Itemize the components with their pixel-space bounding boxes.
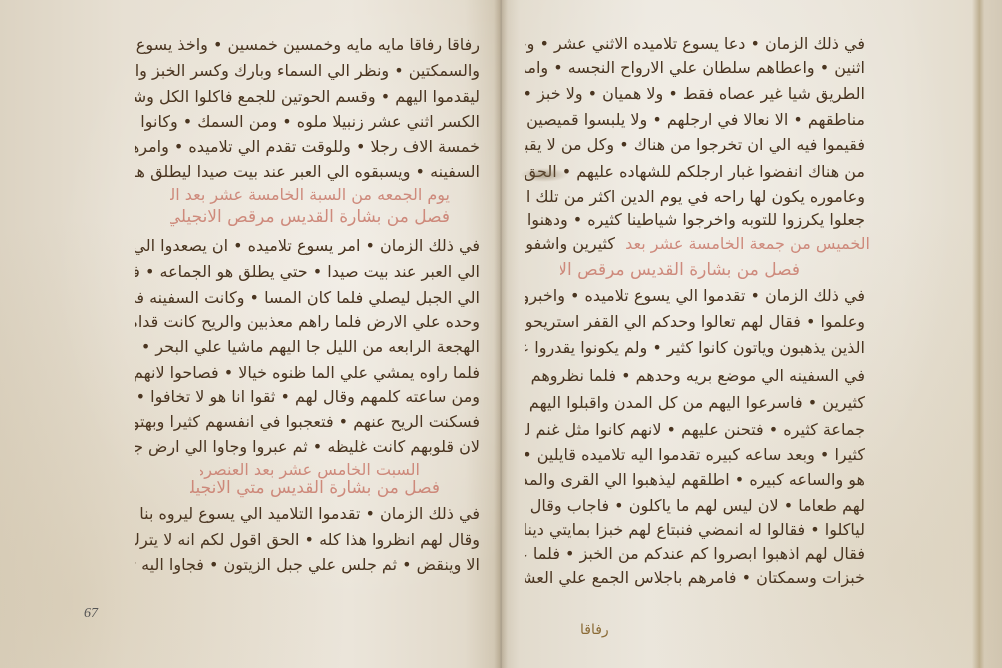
right-text-line-8: جعلوا يكرزوا للتوبه واخرجوا شياطينا كثير… <box>525 210 865 232</box>
right-text-line-5: فقيموا فيه الي ان تخرجوا من هناك • وكل م… <box>525 135 865 157</box>
left-text-line-16: في ذلك الزمان • تقدموا التلاميد الي يسوع… <box>135 504 480 526</box>
left-text-line-7: في ذلك الزمان • امر يسوع تلاميده • ان يص… <box>135 236 480 258</box>
right-text-line-4: مناطقهم • الا نعالا في ارجلهم • ولا يلبس… <box>525 110 865 132</box>
left-rubric-2-title: فصل من بشارة القديس متي الانجيلي <box>190 478 440 500</box>
left-text-line-3: ليقدموا اليهم • وقسم الحوتين للجمع فاكلو… <box>135 87 480 109</box>
left-rubric-1-title: فصل من بشارة القديس مرقص الانجيلي <box>170 207 450 229</box>
left-text-line-10: وحده علي الارض فلما راهم معذبين والريح ك… <box>135 312 480 334</box>
right-text-line-19: لياكلوا • فقالوا له انمضي فنبتاع لهم خبز… <box>525 520 865 542</box>
left-text-line-4: الكسر اثني عشر زنبيلا ملوه • ومن السمك •… <box>135 112 480 134</box>
right-text-line-7: وعاموره يكون لها راحه في يوم الدين اكثر … <box>525 187 865 209</box>
ink-stain <box>520 168 568 182</box>
manuscript-spread: رفاقا رفاقا مايه مايه وخمسين خمسين • واخ… <box>0 0 1002 668</box>
right-text-line-15: جماعة كثيره • فتحنن عليهم • لانهم كانوا … <box>525 420 865 442</box>
left-text-line-2: والسمكتين • ونظر الي السماء وبارك وكسر ا… <box>135 61 480 83</box>
left-page: رفاقا رفاقا مايه مايه وخمسين خمسين • واخ… <box>0 0 500 668</box>
left-text-line-5: خمسة الاف رجلا • وللوقت تقدم الي تلاميده… <box>135 137 480 159</box>
right-text-line-13: في السفينه الي موضع بريه وحدهم • فلما نظ… <box>525 366 865 388</box>
left-text-line-11: الهجعة الرابعه من الليل جا اليهم ماشيا ع… <box>135 337 480 359</box>
left-text-line-12: فلما راوه يمشي علي الما ظنوه خيالا • فصا… <box>135 363 480 385</box>
right-text-line-2: اثنين • واعطاهم سلطان علي الارواح النجسه… <box>525 58 865 80</box>
book-gutter <box>494 0 508 668</box>
left-text-line-13: ومن ساعته كلمهم وقال لهم • ثقوا انا هو ل… <box>135 387 480 409</box>
right-rubric-heading: الخميس من جمعة الخامسة عشر بعد العنصره <box>620 234 870 256</box>
left-text-line-9: الي الجبل ليصلي فلما كان المسا • وكانت ا… <box>135 288 480 310</box>
right-text-line-9: كثيرين واشفوهم • <box>525 234 615 256</box>
left-text-line-14: فسكنت الريح عنهم • فتعجبوا في انفسهم كثي… <box>135 412 480 434</box>
right-text-line-20: فقال لهم اذهبوا ابصروا كم عندكم من الخبز… <box>525 544 865 566</box>
catchword: رفاقا <box>580 622 609 638</box>
right-text-line-12: الذين يذهبون وياتون كانوا كثير • ولم يكو… <box>525 338 865 360</box>
right-text-line-14: كثيرين • فاسرعوا اليهم من كل المدن واقبل… <box>525 393 865 415</box>
right-text-line-6: من هناك انفضوا غبار ارجلكم للشهاده عليهم… <box>525 162 865 184</box>
right-page: في ذلك الزمان • دعا يسوع تلاميده الاثني … <box>500 0 1002 668</box>
right-rubric-title: فصل من بشارة القديس مرقص الانجيلي <box>560 260 800 282</box>
folio-number: 67 <box>84 606 98 622</box>
left-text-line-17: وقال لهم انظروا هذا كله • الحق اقول لكم … <box>135 530 480 552</box>
left-text-line-8: الي العبر عند بيت صيدا • حتي يطلق هو الج… <box>135 262 480 284</box>
right-text-line-21: خبزات وسمكتان • فامرهم باجلاس الجمع علي … <box>525 568 865 590</box>
right-text-line-1: في ذلك الزمان • دعا يسوع تلاميده الاثني … <box>525 34 865 56</box>
right-text-line-18: لهم طعاما • لان ليس لهم ما ياكلون • فاجا… <box>525 496 865 518</box>
left-rubric-1-heading: يوم الجمعه من السبة الخامسة عشر بعد العن… <box>170 185 450 207</box>
right-text-line-10: في ذلك الزمان • تقدموا الي يسوع تلاميده … <box>525 286 865 308</box>
right-text-line-16: كثيرا • وبعد ساعه كبيره تقدموا اليه تلام… <box>525 445 865 467</box>
right-text-line-11: وعلموا • فقال لهم تعالوا وحدكم الي القفر… <box>525 312 865 334</box>
left-text-line-18: الا وينقض • ثم جلس علي جبل الزيتون • فجا… <box>135 555 480 577</box>
left-text-line-6: السفينه • ويسبقوه الي العبر عند بيت صيدا… <box>135 162 480 184</box>
left-text-line-1: رفاقا رفاقا مايه مايه وخمسين خمسين • واخ… <box>135 35 480 57</box>
left-text-line-15: لان قلوبهم كانت غليظه • ثم عبروا وجاوا ا… <box>135 437 480 459</box>
right-text-line-17: هو والساعه كبيره • اطلقهم ليذهبوا الي ال… <box>525 470 865 492</box>
right-text-line-3: الطريق شيا غير عصاه فقط • ولا هميان • ول… <box>525 84 865 106</box>
